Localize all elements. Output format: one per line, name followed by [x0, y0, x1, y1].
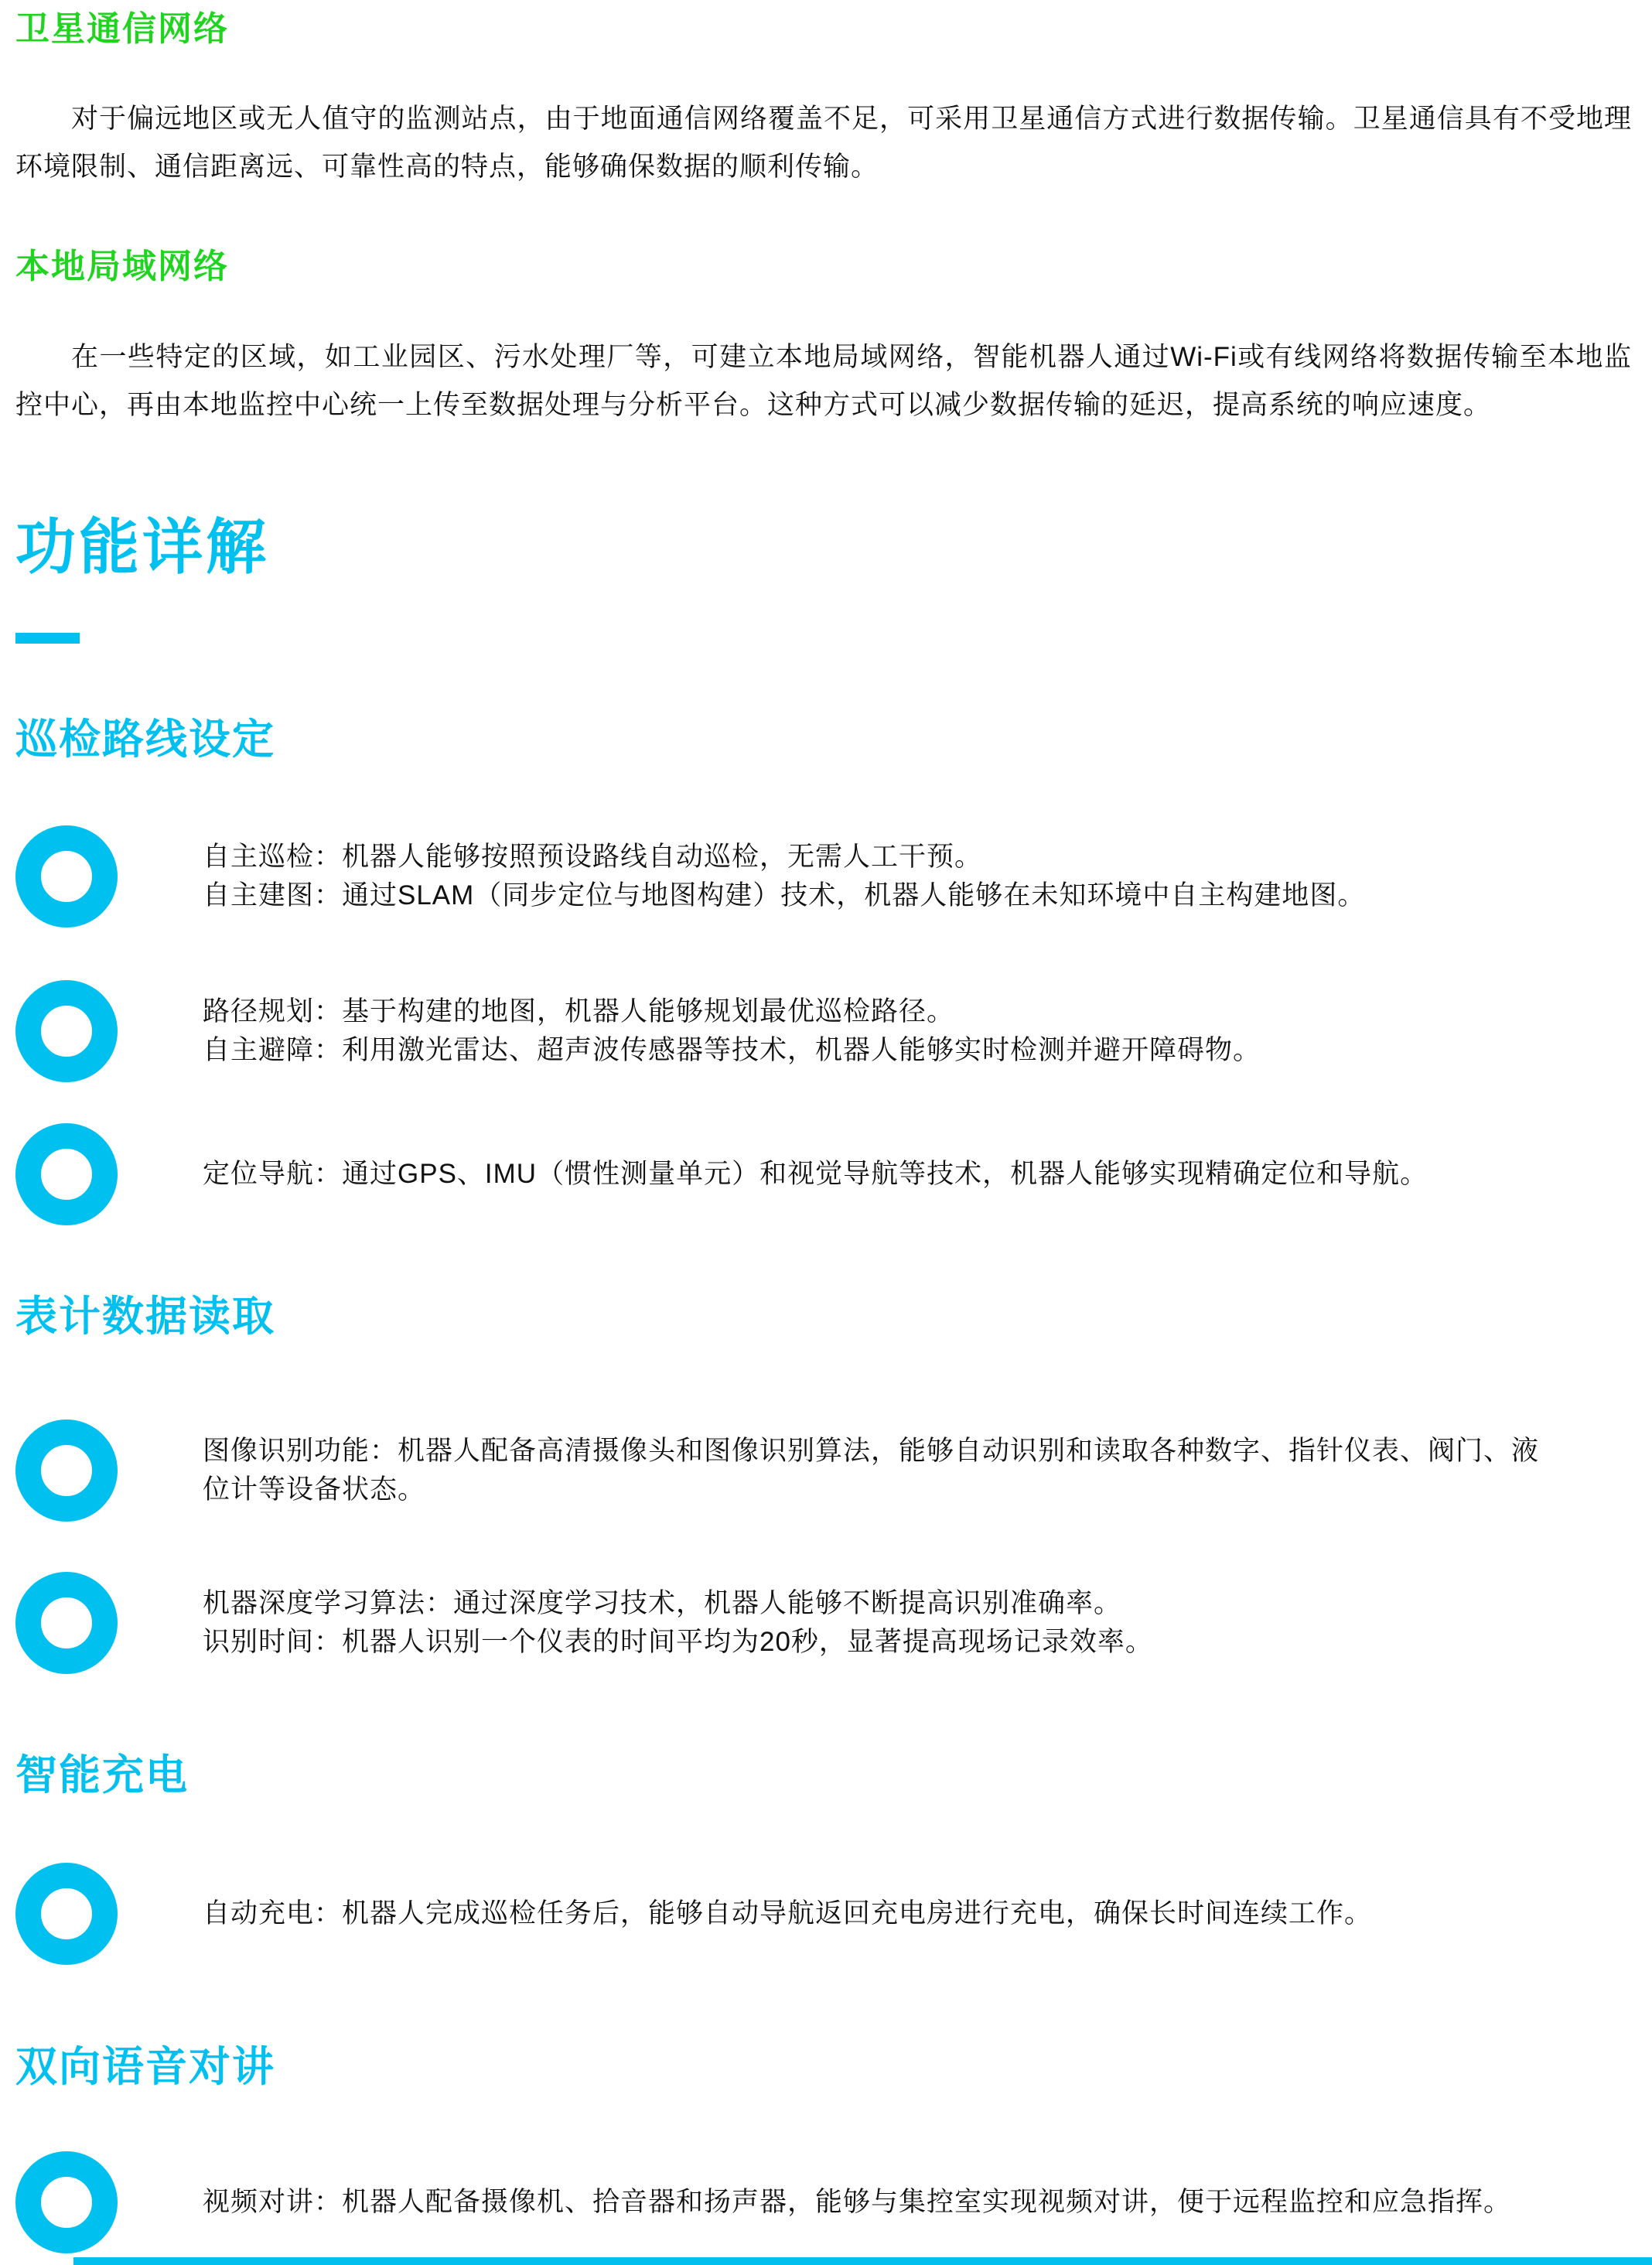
paragraph-lan: 在一些特定的区域，如工业园区、污水处理厂等，可建立本地局域网络，智能机器人通过W…: [0, 333, 1652, 429]
bottom-accent-bar: [73, 2257, 1652, 2265]
list-item: 自主巡检：机器人能够按照预设路线自动巡检，无需人工干预。 自主建图：通过SLAM…: [15, 825, 1629, 928]
bullet-line: 自主建图：通过SLAM（同步定位与地图构建）技术，机器人能够在未知环境中自主构建…: [203, 876, 1365, 915]
bullet-line: 机器深度学习算法：通过深度学习技术，机器人能够不断提高识别准确率。: [203, 1584, 1153, 1623]
bullet-ring-icon: [15, 1572, 118, 1674]
title-accent-bar: [15, 633, 80, 644]
bullet-ring-icon: [15, 1863, 118, 1965]
bullet-ring-icon: [15, 2151, 118, 2253]
bullet-line: 视频对讲：机器人配备摄像机、拾音器和扬声器，能够与集控室实现视频对讲，便于远程监…: [203, 2183, 1511, 2222]
bullet-ring-icon: [15, 980, 118, 1082]
bullet-line: 识别时间：机器人识别一个仪表的时间平均为20秒，显著提高现场记录效率。: [203, 1623, 1153, 1662]
bullet-line: 自动充电：机器人完成巡检任务后，能够自动导航返回充电房进行充电，确保长时间连续工…: [203, 1894, 1372, 1933]
heading-satellite-network: 卫星通信网络: [15, 8, 1652, 51]
section-heading-intercom: 双向语音对讲: [15, 2041, 1652, 2092]
list-item: 定位导航：通过GPS、IMU（惯性测量单元）和视觉导航等技术，机器人能够实现精确…: [15, 1123, 1629, 1225]
bullet-line: 自主巡检：机器人能够按照预设路线自动巡检，无需人工干预。: [203, 838, 1365, 876]
bullet-line: 路径规划：基于构建的地图，机器人能够规划最优巡检路径。: [203, 992, 1261, 1031]
list-item: 机器深度学习算法：通过深度学习技术，机器人能够不断提高识别准确率。 识别时间：机…: [15, 1572, 1629, 1674]
list-item: 视频对讲：机器人配备摄像机、拾音器和扬声器，能够与集控室实现视频对讲，便于远程监…: [15, 2151, 1629, 2253]
bullet-ring-icon: [15, 1419, 118, 1522]
heading-lan: 本地局域网络: [15, 245, 1652, 289]
section-heading-charging: 智能充电: [15, 1750, 1652, 1801]
page-title: 功能详解: [15, 510, 1652, 584]
list-item: 路径规划：基于构建的地图，机器人能够规划最优巡检路径。 自主避障：利用激光雷达、…: [15, 980, 1629, 1082]
bullet-ring-icon: [15, 825, 118, 928]
bullet-ring-icon: [15, 1123, 118, 1225]
bullet-line: 自主避障：利用激光雷达、超声波传感器等技术，机器人能够实时检测并避开障碍物。: [203, 1031, 1261, 1070]
section-heading-route: 巡检路线设定: [15, 714, 1652, 765]
bullet-line: 图像识别功能：机器人配备高清摄像头和图像识别算法，能够自动识别和读取各种数字、指…: [203, 1432, 1541, 1509]
paragraph-satellite: 对于偏远地区或无人值守的监测站点，由于地面通信网络覆盖不足，可采用卫星通信方式进…: [0, 95, 1652, 191]
bullet-line: 定位导航：通过GPS、IMU（惯性测量单元）和视觉导航等技术，机器人能够实现精确…: [203, 1155, 1428, 1194]
list-item: 自动充电：机器人完成巡检任务后，能够自动导航返回充电房进行充电，确保长时间连续工…: [15, 1863, 1629, 1965]
list-item: 图像识别功能：机器人配备高清摄像头和图像识别算法，能够自动识别和读取各种数字、指…: [15, 1419, 1629, 1522]
section-heading-meter: 表计数据读取: [15, 1291, 1652, 1342]
